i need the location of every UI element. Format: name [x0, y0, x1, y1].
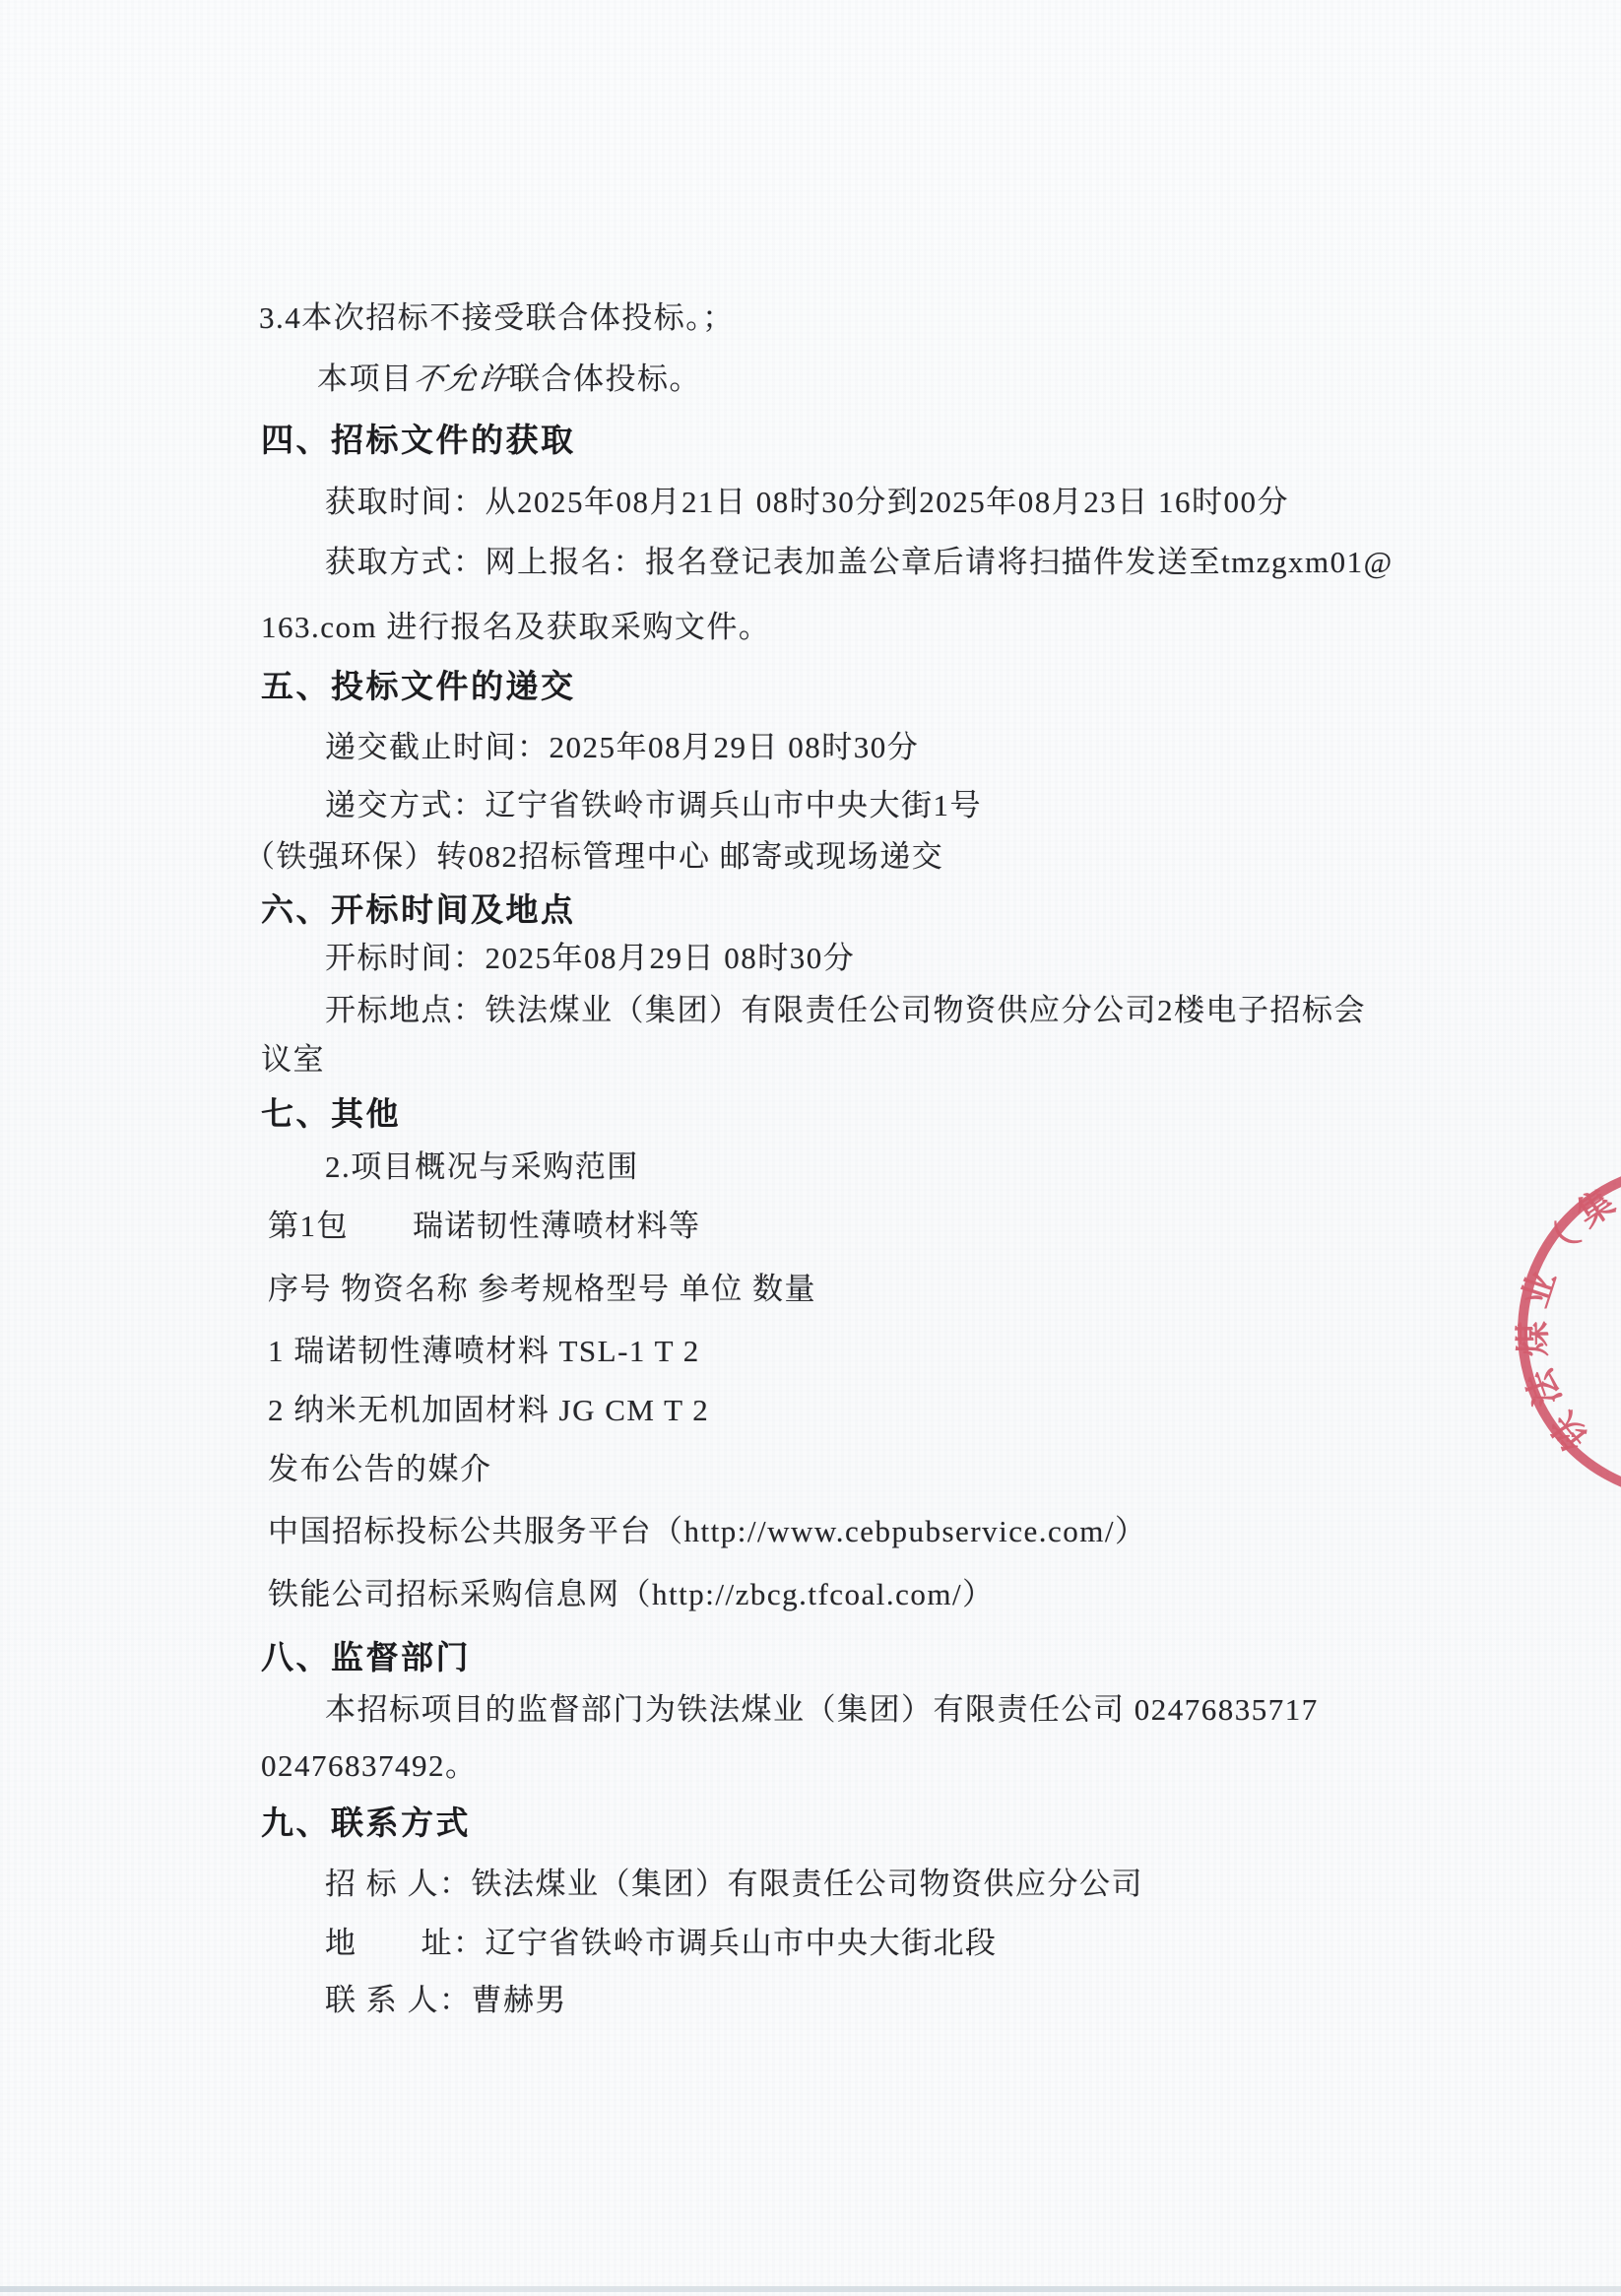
submission-deadline-line: 递交截止时间：2025年08月29日 08时30分 [325, 730, 919, 766]
package-1-title-line: 第1包 瑞诺韧性薄喷材料等 [268, 1209, 701, 1245]
submission-method-line: 递交方式：辽宁省铁岭市调兵山市中央大街1号 [325, 788, 982, 824]
no-consortium-prefix: 本项目 [317, 361, 414, 396]
seal-graphic: 铁法煤业（集团）有限责任公司 211281 [1443, 1088, 1621, 1576]
opening-place-line: 开标地点：铁法煤业（集团）有限责任公司物资供应分公司2楼电子招标会 [325, 993, 1366, 1029]
goods-table-header-line: 序号 物资名称 参考规格型号 单位 数量 [268, 1272, 816, 1308]
red-company-seal-stamp: 铁法煤业（集团）有限责任公司 211281 [1443, 1088, 1621, 1576]
contact-person-line: 联 系 人：曹赫男 [325, 1983, 567, 2019]
supervision-department-line: 本招标项目的监督部门为铁法煤业（集团）有限责任公司 02476835717 [325, 1692, 1319, 1729]
announcement-media-title-line: 发布公告的媒介 [268, 1452, 492, 1488]
project-overview-line: 2.项目概况与采购范围 [325, 1149, 639, 1186]
section-heading-7-other: 七、其他 [261, 1095, 401, 1134]
section-heading-4-document-acquisition: 四、招标文件的获取 [261, 422, 576, 460]
seal-ring-text: 铁法煤业（集团）有限责任公司 [1443, 1088, 1621, 1480]
clause-3-4-no-consortium: 3.4本次招标不接受联合体投标。； [259, 300, 735, 337]
clause-no-consortium-emphasis: 本项目不允许联合体投标。 [317, 361, 701, 398]
acquisition-method-line: 获取方式：网上报名：报名登记表加盖公章后请将扫描件发送至tmzgxm01@ [325, 545, 1394, 581]
scan-bottom-edge-artifact [0, 2286, 1621, 2292]
acquisition-method-wrap-line: 163.com 进行报名及获取采购文件。 [261, 610, 770, 646]
opening-time-line: 开标时间：2025年08月29日 08时30分 [325, 941, 855, 977]
opening-place-wrap-line: 议室 [261, 1042, 325, 1079]
no-consortium-emphasis-italic: 不允许 [411, 361, 512, 398]
section-heading-5-bid-submission: 五、投标文件的递交 [261, 668, 576, 706]
scanned-tender-document-page: 3.4本次招标不接受联合体投标。； 本项目不允许联合体投标。 四、招标文件的获取… [0, 0, 1621, 2296]
section-heading-9-contact: 九、联系方式 [261, 1804, 471, 1843]
goods-row-2-line: 2 纳米无机加固材料 JG CM T 2 [268, 1393, 709, 1429]
section-heading-6-bid-opening: 六、开标时间及地点 [261, 891, 576, 930]
submission-method-wrap-line: （铁强环保）转082招标管理中心 邮寄或现场递交 [244, 839, 943, 876]
media-tfcoal-line: 铁能公司招标采购信息网（http://zbcg.tfcoal.com/） [268, 1577, 995, 1613]
media-cebpubservice-line: 中国招标投标公共服务平台（http://www.cebpubservice.co… [268, 1514, 1147, 1550]
address-line: 地 址：辽宁省铁岭市调兵山市中央大街北段 [325, 1926, 998, 1962]
goods-row-1-line: 1 瑞诺韧性薄喷材料 TSL-1 T 2 [268, 1334, 700, 1370]
acquisition-time-line: 获取时间：从2025年08月21日 08时30分到2025年08月23日 16时… [325, 485, 1289, 521]
tenderer-line: 招 标 人：铁法煤业（集团）有限责任公司物资供应分公司 [325, 1867, 1143, 1903]
section-heading-8-supervision: 八、监督部门 [261, 1639, 471, 1677]
seal-outer-ring [1484, 1130, 1621, 1535]
supervision-phone-wrap-line: 02476837492。 [261, 1748, 478, 1785]
no-consortium-suffix: 联合体投标。 [509, 361, 701, 396]
